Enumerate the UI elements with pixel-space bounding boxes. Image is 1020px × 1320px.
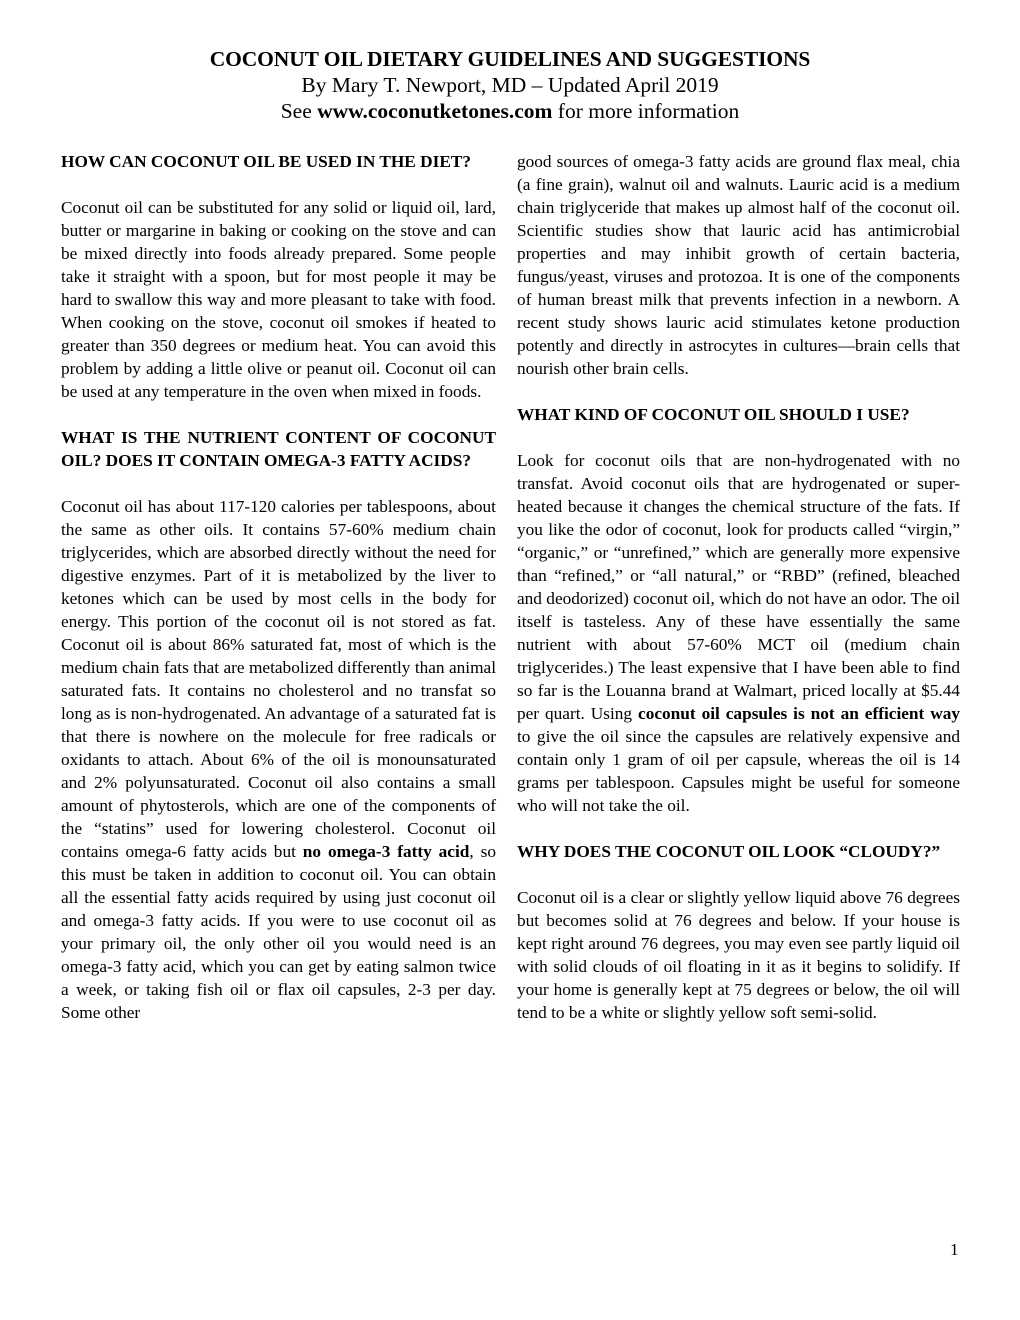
section-body-kind: Look for coconut oils that are non-hydro… [517, 449, 960, 817]
author-byline: By Mary T. Newport, MD – Updated April 2… [0, 72, 1020, 98]
right-column: good sources of omega-3 fatty acids are … [517, 150, 960, 1024]
section-body-cloudy: Coconut oil is a clear or slightly yello… [517, 886, 960, 1024]
document-title: COCONUT OIL DIETARY GUIDELINES AND SUGGE… [0, 46, 1020, 72]
section-body-nutrient: Coconut oil has about 117-120 calories p… [61, 495, 496, 1024]
section-heading-cloudy: WHY DOES THE COCONUT OIL LOOK “CLOUDY?” [517, 840, 960, 863]
nutrient-text-2: , so this must be taken in addition to c… [61, 842, 496, 1022]
see-suffix: for more information [552, 99, 739, 123]
kind-text-2: to give the oil since the capsules are r… [517, 727, 960, 815]
see-prefix: See [281, 99, 317, 123]
section-heading-nutrient: WHAT IS THE NUTRIENT CONTENT OF COCONUT … [61, 426, 496, 472]
nutrient-bold-text: no omega-3 fatty acid [303, 842, 470, 861]
nutrient-text-1: Coconut oil has about 117-120 calories p… [61, 497, 496, 861]
section-heading-kind: WHAT KIND OF COCONUT OIL SHOULD I USE? [517, 403, 960, 426]
website-link[interactable]: www.coconutketones.com [317, 99, 552, 123]
section-body-usage: Coconut oil can be substituted for any s… [61, 196, 496, 403]
page-number: 1 [950, 1240, 959, 1260]
kind-bold-text: coconut oil capsules is not an efficient… [638, 704, 960, 723]
left-column: HOW CAN COCONUT OIL BE USED IN THE DIET?… [61, 150, 496, 1024]
website-line: See www.coconutketones.com for more info… [0, 98, 1020, 124]
section-body-continuation: good sources of omega-3 fatty acids are … [517, 150, 960, 380]
kind-text-1: Look for coconut oils that are non-hydro… [517, 451, 960, 723]
document-header: COCONUT OIL DIETARY GUIDELINES AND SUGGE… [0, 46, 1020, 124]
section-heading-usage: HOW CAN COCONUT OIL BE USED IN THE DIET? [61, 150, 496, 173]
